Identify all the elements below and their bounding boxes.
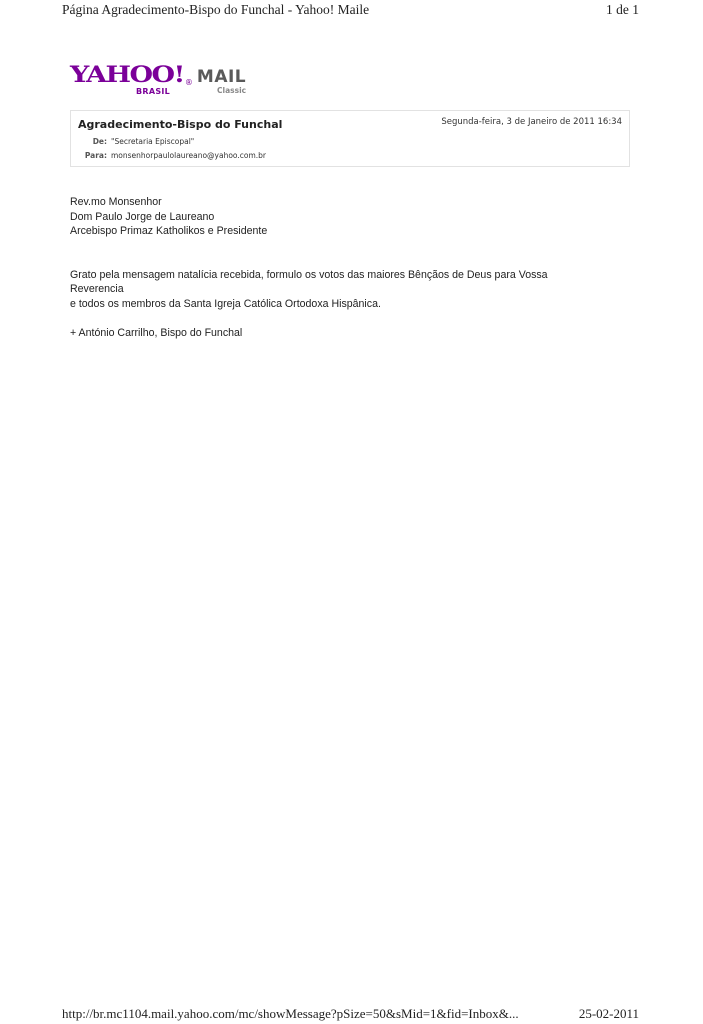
- from-row: De:"Secretaria Episcopal": [78, 137, 194, 146]
- to-value[interactable]: monsenhorpaulolaureano@yahoo.com.br: [111, 151, 266, 160]
- body-line: Grato pela mensagem natalícia recebida, …: [70, 268, 630, 283]
- body-line: Reverencia: [70, 282, 630, 297]
- body-line: e todos os membros da Santa Igreja Catól…: [70, 297, 630, 312]
- yahoo-mail-logo: YAHOO! ® BRASIL MAIL Classic: [70, 64, 246, 95]
- message-header: Agradecimento-Bispo do Funchal Segunda-f…: [70, 110, 630, 167]
- from-label: De:: [78, 137, 107, 146]
- page-url: http://br.mc1104.mail.yahoo.com/mc/showM…: [62, 1006, 519, 1022]
- to-label: Para:: [78, 151, 107, 160]
- region-label: BRASIL: [136, 87, 170, 96]
- print-page-title: Página Agradecimento-Bispo do Funchal - …: [62, 2, 369, 18]
- message-body: Rev.mo Monsenhor Dom Paulo Jorge de Laur…: [70, 195, 630, 340]
- mail-wordmark: MAIL: [197, 69, 246, 86]
- message-subject: Agradecimento-Bispo do Funchal: [78, 118, 282, 131]
- edition-label: Classic: [217, 86, 246, 95]
- signature: + António Carrilho, Bispo do Funchal: [70, 326, 630, 341]
- salutation-line: Rev.mo Monsenhor: [70, 195, 630, 210]
- print-header: Página Agradecimento-Bispo do Funchal - …: [62, 0, 639, 20]
- yahoo-wordmark: YAHOO!: [70, 64, 184, 87]
- print-footer: http://br.mc1104.mail.yahoo.com/mc/showM…: [62, 1004, 639, 1024]
- to-row: Para:monsenhorpaulolaureano@yahoo.com.br: [78, 151, 266, 160]
- salutation-line: Dom Paulo Jorge de Laureano: [70, 210, 630, 225]
- from-value[interactable]: "Secretaria Episcopal": [111, 137, 194, 146]
- message-date: Segunda-feira, 3 de Janeiro de 2011 16:3…: [441, 117, 622, 127]
- page-counter: 1 de 1: [606, 2, 639, 18]
- salutation-line: Arcebispo Primaz Katholikos e Presidente: [70, 224, 630, 239]
- registered-mark: ®: [185, 78, 193, 92]
- print-date: 25-02-2011: [579, 1006, 639, 1022]
